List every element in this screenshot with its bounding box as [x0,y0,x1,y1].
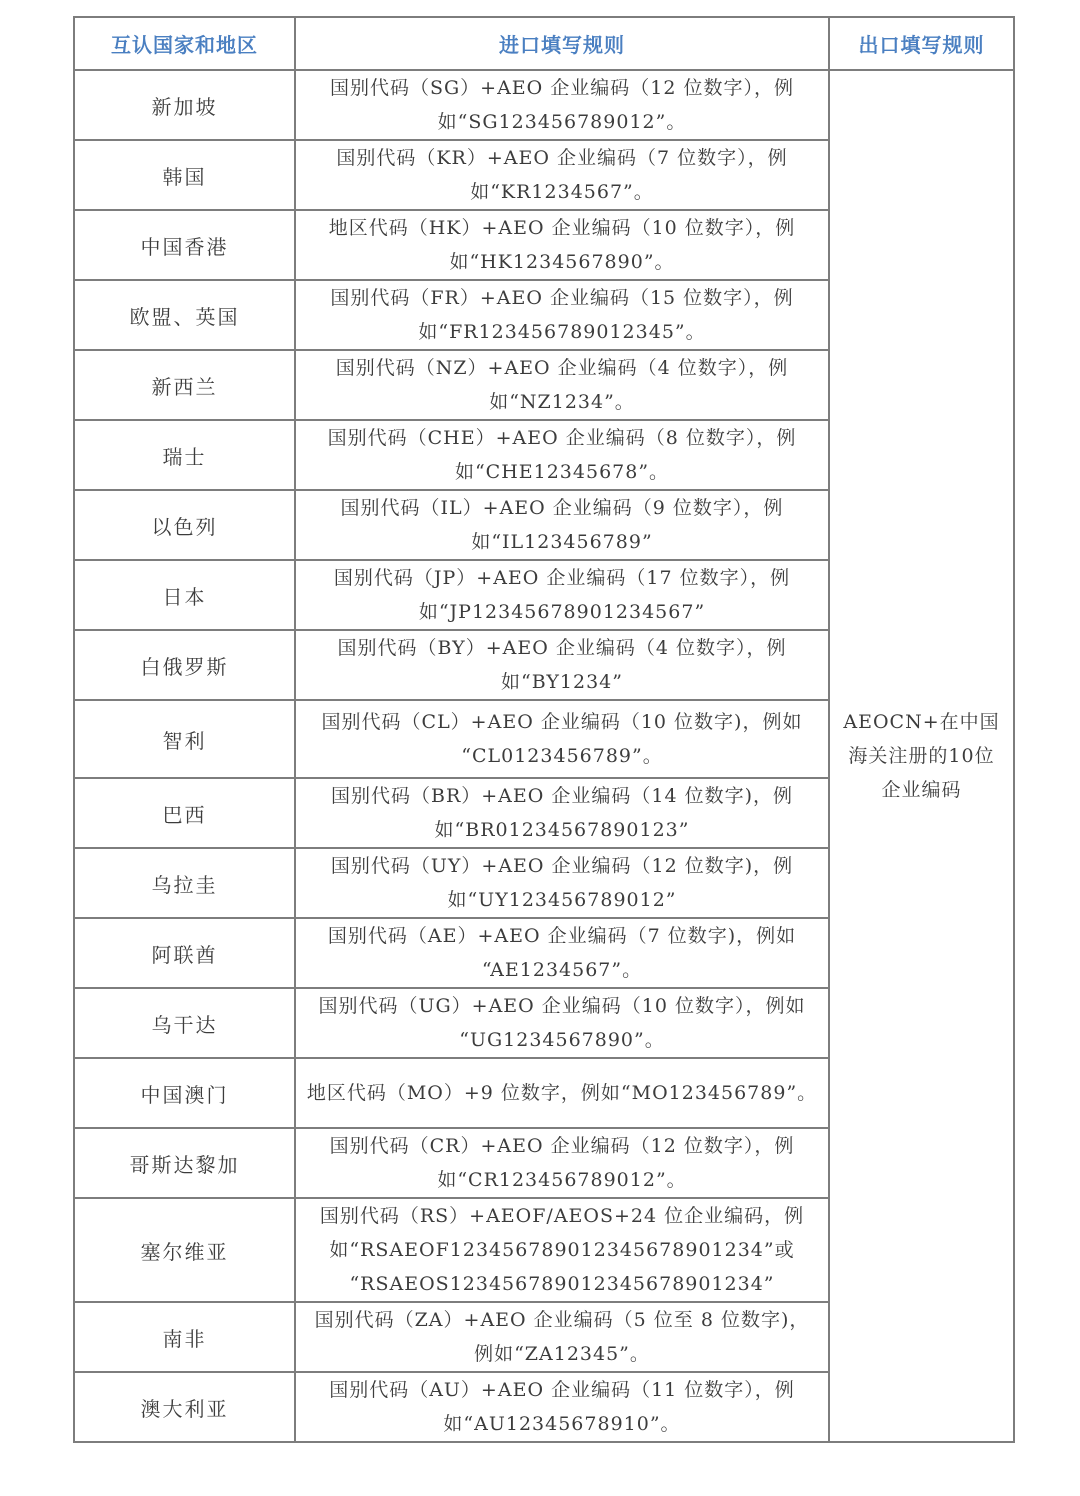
import-rule-line: 国别代码（AE）+AEO 企业编码（7 位数字)，例如 [306,919,818,953]
import-rule-cell: 国别代码（CR）+AEO 企业编码（12 位数字），例如“CR123456789… [295,1128,829,1198]
import-rule-line: 国别代码（BR）+AEO 企业编码（14 位数字)，例 [306,779,818,813]
import-rule-line: 国别代码（CR）+AEO 企业编码（12 位数字），例 [306,1129,818,1163]
import-rule-line: 如“JP12345678901234567” [306,595,818,629]
import-rule-line: 国别代码（RS）+AEOF/AEOS+24 位企业编码，例 [306,1199,818,1233]
import-rule-line: 地区代码（MO）+9 位数字，例如“MO123456789”。 [306,1076,818,1110]
import-rule-line: 地区代码（HK）+AEO 企业编码（10 位数字），例 [306,211,818,245]
import-rule-cell: 国别代码（UY）+AEO 企业编码（12 位数字)，例如“UY123456789… [295,848,829,918]
import-rule-line: 如“BY1234” [306,665,818,699]
import-rule-cell: 国别代码（IL）+AEO 企业编码（9 位数字），例如“IL123456789” [295,490,829,560]
table-body: 新加坡国别代码（SG）+AEO 企业编码（12 位数字），例如“SG123456… [74,70,1014,1442]
import-rule-cell: 国别代码（UG）+AEO 企业编码（10 位数字），例如“UG123456789… [295,988,829,1058]
region-cell: 韩国 [74,140,295,210]
region-cell: 乌干达 [74,988,295,1058]
import-rule-cell: 国别代码（KR）+AEO 企业编码（7 位数字），例如“KR1234567”。 [295,140,829,210]
import-rule-cell: 国别代码（BR）+AEO 企业编码（14 位数字)，例如“BR012345678… [295,778,829,848]
import-rule-line: 如“FR123456789012345”。 [306,315,818,349]
region-cell: 乌拉圭 [74,848,295,918]
import-rule-line: 如“UY123456789012” [306,883,818,917]
import-rule-line: 国别代码（KR）+AEO 企业编码（7 位数字），例 [306,141,818,175]
region-cell: 新加坡 [74,70,295,140]
region-cell: 南非 [74,1302,295,1372]
import-rule-line: “RSAEOS123456789012345678901234” [306,1267,818,1301]
import-rule-cell: 国别代码（FR）+AEO 企业编码（15 位数字），例如“FR123456789… [295,280,829,350]
import-rule-cell: 国别代码（AU）+AEO 企业编码（11 位数字），例如“AU123456789… [295,1372,829,1442]
region-cell: 瑞士 [74,420,295,490]
import-rule-line: 如“RSAEOF123456789012345678901234”或 [306,1233,818,1267]
header-region: 互认国家和地区 [74,17,295,70]
import-rule-line: 如“HK1234567890”。 [306,245,818,279]
header-export-rule: 出口填写规则 [829,17,1014,70]
import-rule-line: 国别代码（NZ）+AEO 企业编码（4 位数字），例 [306,351,818,385]
import-rule-cell: 国别代码（ZA）+AEO 企业编码（5 位至 8 位数字)，例如“ZA12345… [295,1302,829,1372]
import-rule-line: 如“AU12345678910”。 [306,1407,818,1441]
region-cell: 澳大利亚 [74,1372,295,1442]
import-rule-line: 国别代码（ZA）+AEO 企业编码（5 位至 8 位数字)， [306,1303,818,1337]
import-rule-cell: 国别代码（RS）+AEOF/AEOS+24 位企业编码，例如“RSAEOF123… [295,1198,829,1302]
region-cell: 欧盟、英国 [74,280,295,350]
import-rule-line: 如“NZ1234”。 [306,385,818,419]
import-rule-cell: 国别代码（SG）+AEO 企业编码（12 位数字），例如“SG123456789… [295,70,829,140]
import-rule-line: 例如“ZA12345”。 [306,1337,818,1371]
header-import-rule: 进口填写规则 [295,17,829,70]
region-cell: 巴西 [74,778,295,848]
import-rule-cell: 地区代码（HK）+AEO 企业编码（10 位数字），例如“HK123456789… [295,210,829,280]
import-rule-cell: 国别代码（JP）+AEO 企业编码（17 位数字），例如“JP123456789… [295,560,829,630]
import-rule-line: 如“IL123456789” [306,525,818,559]
import-rule-cell: 国别代码（CHE）+AEO 企业编码（8 位数字），例如“CHE12345678… [295,420,829,490]
aeo-rules-table: 互认国家和地区 进口填写规则 出口填写规则 新加坡国别代码（SG）+AEO 企业… [73,16,1015,1443]
import-rule-line: 国别代码（UG）+AEO 企业编码（10 位数字），例如 [306,989,818,1023]
import-rule-line: 国别代码（UY）+AEO 企业编码（12 位数字)，例 [306,849,818,883]
import-rule-line: 国别代码（AU）+AEO 企业编码（11 位数字），例 [306,1373,818,1407]
region-cell: 白俄罗斯 [74,630,295,700]
region-cell: 塞尔维亚 [74,1198,295,1302]
region-cell: 哥斯达黎加 [74,1128,295,1198]
region-cell: 中国澳门 [74,1058,295,1128]
table-header-row: 互认国家和地区 进口填写规则 出口填写规则 [74,17,1014,70]
import-rule-line: “AE1234567”。 [306,953,818,987]
region-cell: 新西兰 [74,350,295,420]
import-rule-cell: 国别代码（AE）+AEO 企业编码（7 位数字)，例如“AE1234567”。 [295,918,829,988]
region-cell: 以色列 [74,490,295,560]
region-cell: 中国香港 [74,210,295,280]
import-rule-line: 国别代码（CL）+AEO 企业编码（10 位数字)，例如 [306,705,818,739]
import-rule-line: “CL0123456789”。 [306,739,818,773]
import-rule-line: 如“KR1234567”。 [306,175,818,209]
import-rule-line: 国别代码（CHE）+AEO 企业编码（8 位数字），例 [306,421,818,455]
import-rule-line: 国别代码（BY）+AEO 企业编码（4 位数字），例 [306,631,818,665]
import-rule-line: 如“CR123456789012”。 [306,1163,818,1197]
import-rule-line: 如“BR01234567890123” [306,813,818,847]
import-rule-line: 国别代码（IL）+AEO 企业编码（9 位数字），例 [306,491,818,525]
import-rule-cell: 国别代码（NZ）+AEO 企业编码（4 位数字），例如“NZ1234”。 [295,350,829,420]
import-rule-line: 如“SG123456789012”。 [306,105,818,139]
import-rule-cell: 国别代码（CL）+AEO 企业编码（10 位数字)，例如“CL012345678… [295,700,829,778]
import-rule-line: 国别代码（FR）+AEO 企业编码（15 位数字），例 [306,281,818,315]
import-rule-line: 如“CHE12345678”。 [306,455,818,489]
export-rule-cell: AEOCN+在中国海关注册的10位企业编码 [829,70,1014,1442]
region-cell: 阿联酋 [74,918,295,988]
import-rule-line: 国别代码（JP）+AEO 企业编码（17 位数字），例 [306,561,818,595]
import-rule-line: 国别代码（SG）+AEO 企业编码（12 位数字），例 [306,71,818,105]
import-rule-line: “UG1234567890”。 [306,1023,818,1057]
import-rule-cell: 国别代码（BY）+AEO 企业编码（4 位数字），例如“BY1234” [295,630,829,700]
region-cell: 智利 [74,700,295,778]
table-row: 新加坡国别代码（SG）+AEO 企业编码（12 位数字），例如“SG123456… [74,70,1014,140]
import-rule-cell: 地区代码（MO）+9 位数字，例如“MO123456789”。 [295,1058,829,1128]
region-cell: 日本 [74,560,295,630]
